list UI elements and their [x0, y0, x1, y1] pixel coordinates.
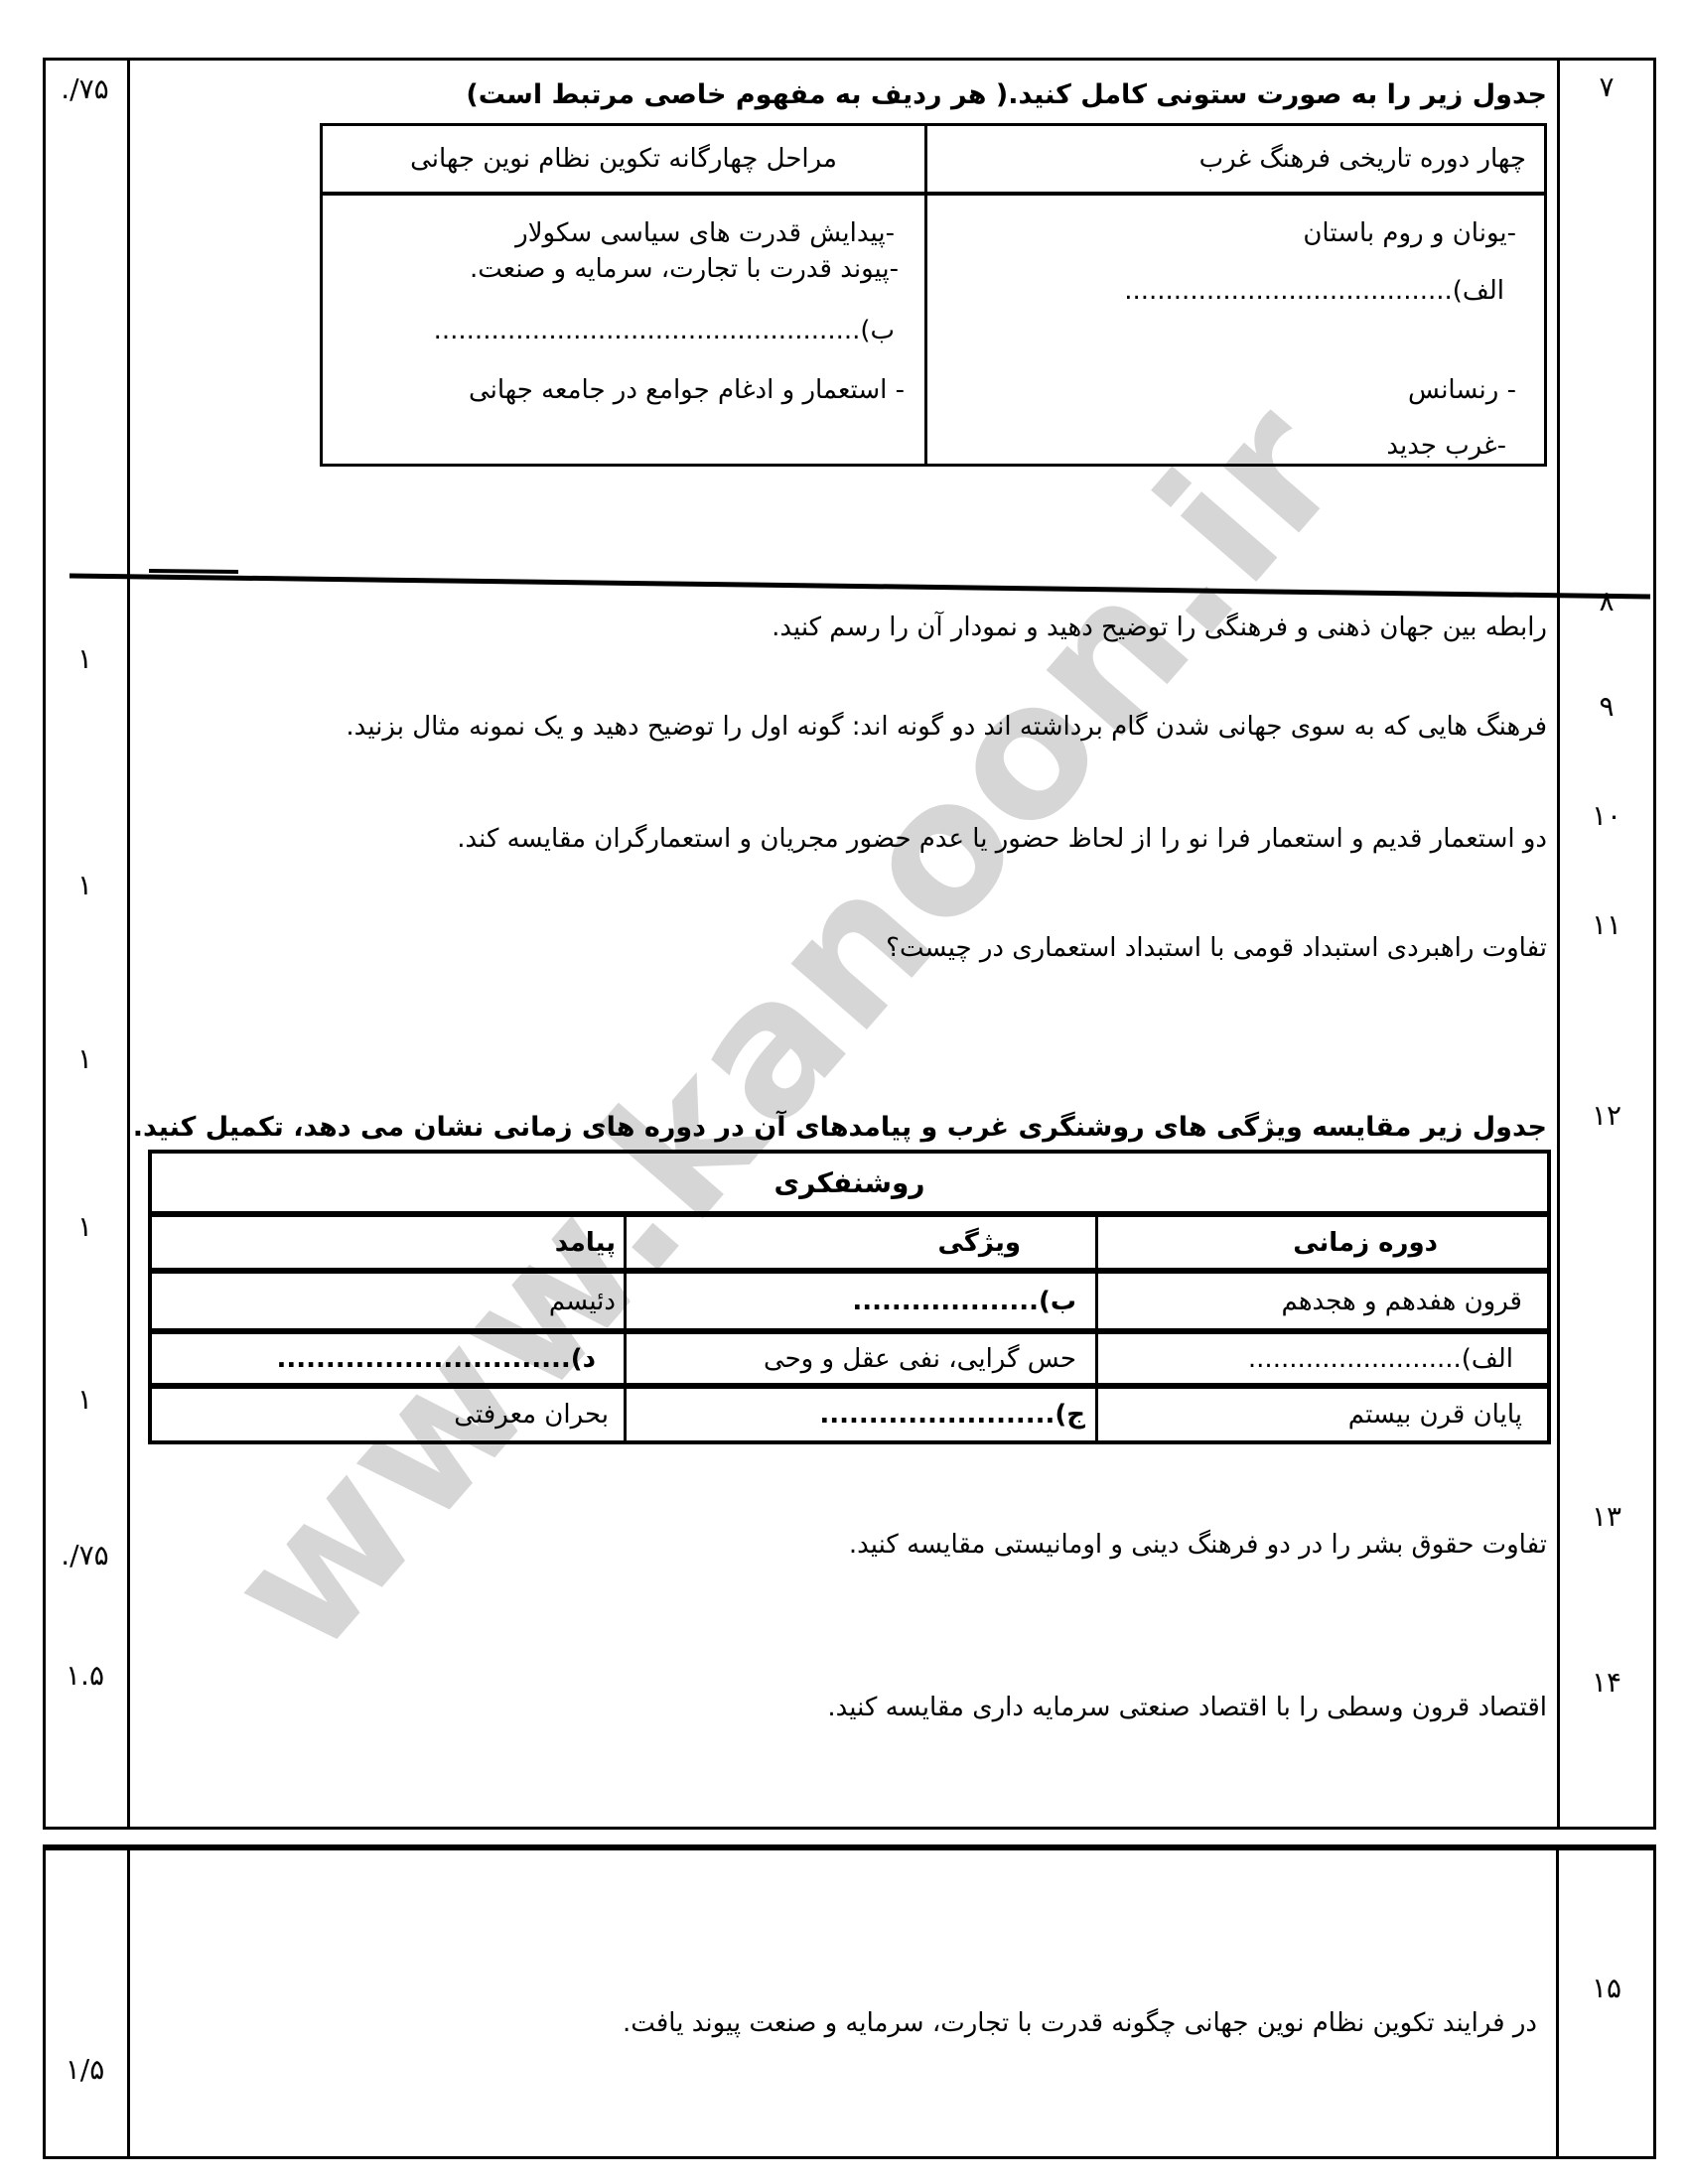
score-q7: ./۷۵ [43, 69, 127, 109]
q12-col-divider-right [1095, 1211, 1098, 1440]
q7-header-separator [323, 192, 1544, 196]
score-q8: ۱ [43, 639, 127, 679]
q12-r1-period: قرون هفدهم و هجدهم [1098, 1274, 1547, 1328]
score-q9: ۱ [43, 866, 127, 905]
qnum-8: ۸ [1557, 582, 1656, 621]
q7-right-item-2: الف)....................................… [930, 271, 1544, 311]
q12-r2-period: الف).......................... [1098, 1334, 1547, 1383]
q12-r3-period: پایان قرن بیستم [1098, 1389, 1547, 1440]
score-q13: ./۷۵ [43, 1536, 127, 1575]
q7-right-item-1: -یونان و روم باستان [930, 213, 1544, 253]
q7-table: مراحل چهارگانه تکوین نظام نوین جهانی چها… [320, 123, 1547, 467]
q12-table: روشنفکری دوره زمانی ویژگی پیامد قرون هفد… [148, 1150, 1551, 1444]
q9-text: فرهنگ هایی که به سوی جهانی شدن گام برداش… [346, 707, 1547, 747]
q12-header-period: دوره زمانی [1098, 1217, 1547, 1268]
q7-left-item-3: ب)......................................… [323, 311, 924, 350]
score-q10: ۱ [43, 1039, 127, 1079]
q12-r3-feature: ج)........................ [627, 1389, 1095, 1440]
q7-left-item-1: -پیدایش قدرت های سیاسی سکولار [323, 213, 924, 253]
q12-r3-outcome: بحران معرفتی [152, 1389, 624, 1440]
q7-title: جدول زیر را به صورت ستونی کامل کنید.( هر… [466, 75, 1547, 115]
bottom-score-divider [127, 1844, 130, 2159]
q7-right-item-4: -غرب جدید [930, 426, 1544, 466]
score-q12: ۱ [43, 1380, 127, 1420]
score-q11: ۱ [43, 1207, 127, 1247]
q13-text: تفاوت حقوق بشر را در دو فرهنگ دینی و اوم… [849, 1525, 1547, 1565]
q12-r1-outcome: دئیسم [152, 1274, 624, 1328]
bottom-frame [43, 1844, 1656, 2159]
qnum-12: ۱۲ [1557, 1096, 1656, 1136]
exam-page: www.kanoon.ir ./۷۵ ۱ ۱ ۱ ۱ ۱ ./۷۵ ۱.۵ ۱/… [0, 0, 1688, 2184]
q7-right-item-3: - رنسانس [930, 370, 1544, 410]
q12-row-line-1 [152, 1211, 1547, 1217]
qnum-14: ۱۴ [1557, 1663, 1656, 1703]
q12-r2-outcome: د).............................. [152, 1334, 624, 1383]
qnum-10: ۱۰ [1557, 796, 1656, 836]
q8-text: رابطه بین جهان ذهنی و فرهنگی را توضیح ده… [772, 608, 1547, 647]
q12-r1-feature: ب)................... [627, 1274, 1095, 1328]
qnum-13: ۱۳ [1557, 1497, 1656, 1537]
q15-text: در فرایند تکوین نظام نوین جهانی چگونه قد… [623, 2003, 1537, 2043]
q12-header-outcome: پیامد [152, 1217, 624, 1268]
q12-row-line-3 [152, 1328, 1547, 1334]
q7-column-divider [924, 126, 927, 464]
score-column-divider [127, 58, 130, 1830]
qnum-11: ۱۱ [1557, 905, 1656, 945]
q12-title: جدول زیر مقایسه ویژگی های روشنگری غرب و … [133, 1108, 1547, 1148]
score-q15: ۱/۵ [43, 2050, 127, 2090]
q7-left-item-2: -پیوند قدرت با تجارت، سرمایه و صنعت. [323, 249, 924, 289]
q7-header-left: مراحل چهارگانه تکوین نظام نوین جهانی [323, 126, 924, 192]
score-q14: ۱.۵ [43, 1656, 127, 1696]
q10-text: دو استعمار قدیم و استعمار فرا نو را از ل… [457, 819, 1547, 859]
q12-row-line-2 [152, 1268, 1547, 1274]
q11-text: تفاوت راهبردی استبداد قومی با استبداد اس… [886, 928, 1547, 968]
qnum-7: ۷ [1557, 68, 1656, 107]
q12-merged-header: روشنفکری [152, 1154, 1547, 1211]
q14-text: اقتصاد قرون وسطی را با اقتصاد صنعتی سرما… [827, 1688, 1547, 1727]
q12-row-line-4 [152, 1383, 1547, 1389]
q7-header-right: چهار دوره تاریخی فرهنگ غرب [930, 126, 1544, 192]
q12-col-divider-left [624, 1211, 627, 1440]
qnum-15: ۱۵ [1557, 1969, 1656, 2008]
q12-r2-feature: حس گرایی، نفی عقل و وحی [627, 1334, 1095, 1383]
q7-left-item-4: - استعمار و ادغام جوامع در جامعه جهانی [323, 370, 924, 410]
qnum-9: ۹ [1557, 687, 1656, 727]
q12-header-feature: ویژگی [627, 1217, 1095, 1268]
